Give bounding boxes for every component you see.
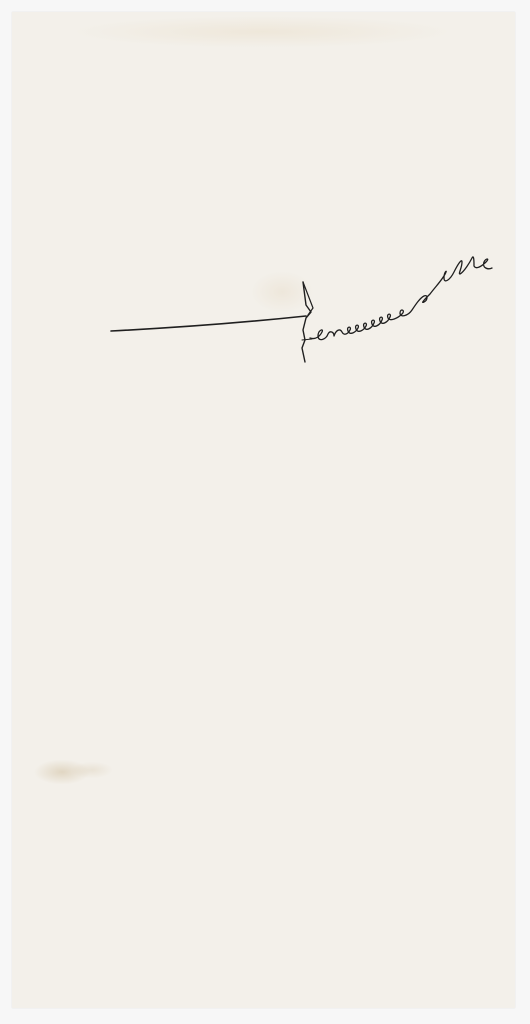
horizontal-stroke bbox=[111, 316, 306, 331]
cursive-flourish bbox=[310, 257, 492, 340]
line-drawing bbox=[0, 0, 530, 1024]
vertical-figure bbox=[302, 282, 311, 362]
